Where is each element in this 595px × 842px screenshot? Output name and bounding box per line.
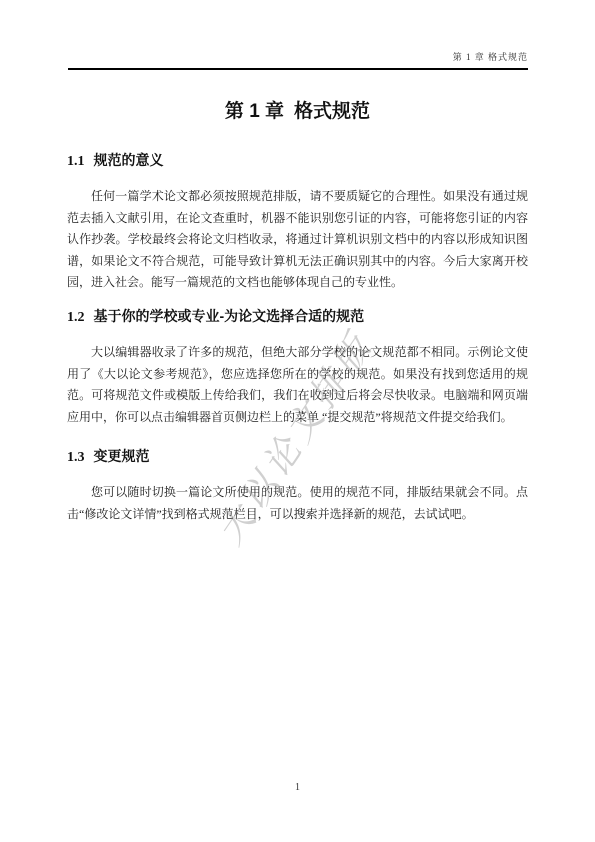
chapter-title: 第 1 章格式规范 [0,96,595,123]
section-number: 1.2 [67,310,85,325]
chapter-name: 格式规范 [294,101,370,122]
running-header: 第 1 章 格式规范 [68,50,528,70]
document-page: 第 1 章 格式规范 第 1 章格式规范 1.1规范的意义 任何一篇学术论文都必… [0,0,595,842]
section-heading-1-2: 1.2基于你的学校或专业-为论文选择合适的规范 [67,306,528,326]
page-number: 1 [0,782,595,793]
section-title: 基于你的学校或专业-为论文选择合适的规范 [94,308,365,324]
section-heading-1-1: 1.1规范的意义 [67,150,528,170]
paragraph-1: 任何一篇学术论文都必须按照规范排版，请不要质疑它的合理性。如果没有通过规范去插入… [67,186,528,294]
chapter-number: 第 1 章 [225,101,284,122]
section-number: 1.1 [67,154,85,169]
section-heading-1-3: 1.3变更规范 [67,446,528,466]
paragraph-2: 大以编辑器收录了许多的规范，但绝大部分学校的论文规范都不相同。示例论文使用了《大… [67,342,528,428]
section-number: 1.3 [67,450,85,465]
section-title: 变更规范 [94,448,150,464]
paragraph-3: 您可以随时切换一篇论文所使用的规范。使用的规范不同，排版结果就会不同。点击“修改… [67,482,528,525]
section-title: 规范的意义 [94,152,164,168]
